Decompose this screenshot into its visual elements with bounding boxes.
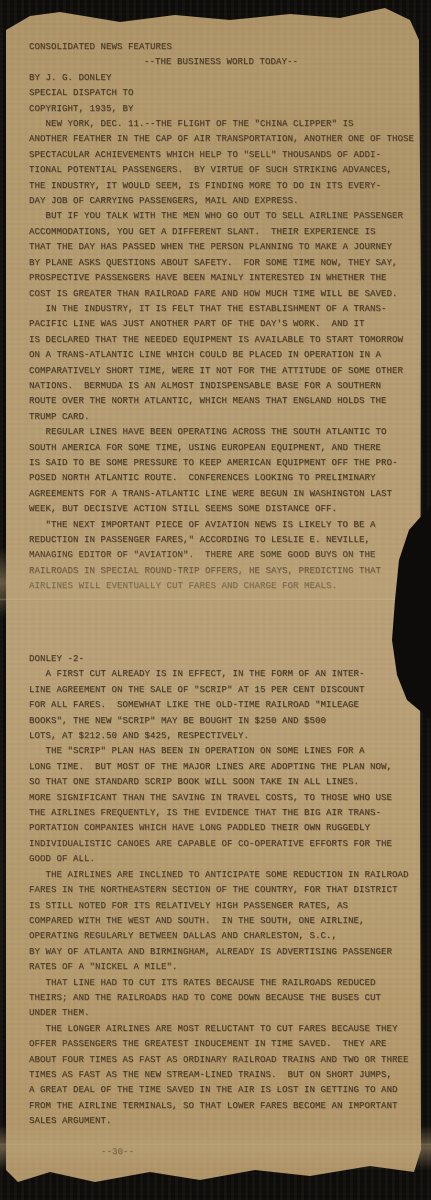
typewritten-line: PORTATION COMPANIES WHICH HAVE LONG PADD… bbox=[29, 821, 425, 836]
typewritten-line: COMPARED WITH THE WEST AND SOUTH. IN THE… bbox=[29, 914, 425, 929]
page2-slug: DONLEY -2- bbox=[29, 652, 425, 667]
typewritten-line: COMPARATIVELY SHORT TIME, WERE IT NOT FO… bbox=[29, 364, 425, 379]
typewritten-line: SPECTACULAR ACHIEVEMENTS WHICH HELP TO "… bbox=[29, 148, 425, 163]
page1-body: NEW YORK, DEC. 11.--THE FLIGHT OF THE "C… bbox=[29, 117, 425, 595]
end-mark: --30-- bbox=[29, 1130, 425, 1160]
typewritten-line: THAT LINE HAD TO CUT ITS RATES BECAUSE T… bbox=[29, 976, 425, 991]
typewritten-line: COST IS GREATER THAN RAILROAD FARE AND H… bbox=[29, 287, 425, 302]
typewritten-line: REDUCTION IN PASSENGER FARES," ACCORDING… bbox=[29, 533, 425, 548]
typewritten-line: FROM THE AIRLINE TERMINALS, SO THAT LOWE… bbox=[29, 1099, 425, 1114]
copyright-line: COPYRIGHT, 1935, BY bbox=[29, 102, 425, 117]
typewritten-line: MORE SIGNIFICANT THAN THE SAVING IN TRAV… bbox=[29, 791, 425, 806]
typewritten-line: GOOD OF ALL. bbox=[29, 852, 425, 867]
typewritten-line: WEEK, BUT DECISIVE ACTION STILL SEEMS SO… bbox=[29, 502, 425, 517]
typewritten-line: AIRLINES WILL EVENTUALLY CUT FARES AND C… bbox=[29, 579, 425, 594]
typewritten-line: LONG TIME. BUT MOST OF THE MAJOR LINES A… bbox=[29, 760, 425, 775]
typewritten-line: RATES OF A "NICKEL A MILE". bbox=[29, 960, 425, 975]
typewritten-line: BOOKS", THE NEW "SCRIP" MAY BE BOUGHT IN… bbox=[29, 714, 425, 729]
typewritten-line: THE AIRLINES ARE INCLINED TO ANTICIPATE … bbox=[29, 868, 425, 883]
typewritten-line: THE INDUSTRY, IT WOULD SEEM, IS FINDING … bbox=[29, 179, 425, 194]
typewritten-line: POSED NORTH ATLANTIC ROUTE. CONFERENCES … bbox=[29, 471, 425, 486]
typewritten-line: SO THAT ONE STANDARD SCRIP BOOK WILL SOO… bbox=[29, 775, 425, 790]
typewritten-line: IS DECLARED THAT THE NEEDED EQUIPMENT IS… bbox=[29, 333, 425, 348]
typewritten-line: LINE AGREEMENT ON THE SALE OF "SCRIP" AT… bbox=[29, 683, 425, 698]
typewritten-line: THAT THE DAY HAS PASSED WHEN THE PERSON … bbox=[29, 240, 425, 255]
column-title: --THE BUSINESS WORLD TODAY-- bbox=[29, 55, 425, 70]
typewritten-line: OPERATING REGULARLY BETWEEN DALLAS AND C… bbox=[29, 929, 425, 944]
dispatch-line: SPECIAL DISPATCH TO bbox=[29, 86, 425, 101]
typewritten-line: A GREAT DEAL OF THE TIME SAVED IN THE AI… bbox=[29, 1083, 425, 1098]
typewritten-line: AGREEMENTS FOR A TRANS-ATLANTIC LINE WER… bbox=[29, 487, 425, 502]
typewritten-line: THE AIRLINES FREQUENTLY, IS THE EVIDENCE… bbox=[29, 806, 425, 821]
typewritten-line: IS STILL NOTED FOR ITS RELATIVELY HIGH P… bbox=[29, 899, 425, 914]
typewritten-line: TIMES AS FAST AS THE NEW STREAM-LINED TR… bbox=[29, 1068, 425, 1083]
typewritten-line: TIONAL POTENTIAL PASSENGERS. BY VIRTUE O… bbox=[29, 163, 425, 178]
typewritten-line: FOR ALL FARES. SOMEWHAT LIKE THE OLD-TIM… bbox=[29, 698, 425, 713]
typewritten-line: IS SAID TO BE SOME PRESSURE TO KEEP AMER… bbox=[29, 456, 425, 471]
typewritten-line: UNDER THEM. bbox=[29, 1006, 425, 1021]
typewritten-line: NATIONS. BERMUDA IS AN ALMOST INDISPENSA… bbox=[29, 379, 425, 394]
typewritten-line: SALES ARGUMENT. bbox=[29, 1114, 425, 1129]
typewritten-line: MANAGING EDITOR OF "AVIATION". THERE ARE… bbox=[29, 548, 425, 563]
typewritten-line: DAY JOB OF CARRYING PASSENGERS, MAIL AND… bbox=[29, 194, 425, 209]
typewritten-line: RAILROADS IN SPECIAL ROUND-TRIP OFFERS, … bbox=[29, 564, 425, 579]
typewritten-line: SOUTH AMERICA FOR SOME TIME, USING EUROP… bbox=[29, 441, 425, 456]
typewritten-line: REGULAR LINES HAVE BEEN OPERATING ACROSS… bbox=[29, 425, 425, 440]
typewritten-line: OFFER PASSENGERS THE GREATEST INDUCEMENT… bbox=[29, 1037, 425, 1052]
typewritten-line: THE "SCRIP" PLAN HAS BEEN IN OPERATION O… bbox=[29, 744, 425, 759]
page1-text-block: CONSOLIDATED NEWS FEATURES --THE BUSINES… bbox=[29, 40, 425, 595]
typewritten-line: BY PLANE ASKS QUESTIONS ABOUT SAFETY. FO… bbox=[29, 256, 425, 271]
typewritten-line: ANOTHER FEATHER IN THE CAP OF AIR TRANSP… bbox=[29, 132, 425, 147]
typewritten-line: PACIFIC LINE WAS JUST ANOTHER PART OF TH… bbox=[29, 317, 425, 332]
typewritten-line: ON A TRANS-ATLANTIC LINE WHICH COULD BE … bbox=[29, 348, 425, 363]
page2-body: A FIRST CUT ALREADY IS IN EFFECT, IN THE… bbox=[29, 667, 425, 1129]
typewritten-line: BY WAY OF ATLANTA AND BIRMINGHAM, ALREAD… bbox=[29, 945, 425, 960]
page2-text-block: DONLEY -2- A FIRST CUT ALREADY IS IN EFF… bbox=[29, 652, 425, 1160]
typewritten-line: BUT IF YOU TALK WITH THE MEN WHO GO OUT … bbox=[29, 209, 425, 224]
typewritten-line: THE LONGER AIRLINES ARE MOST RELUCTANT T… bbox=[29, 1022, 425, 1037]
publisher-line: CONSOLIDATED NEWS FEATURES bbox=[29, 40, 425, 55]
typewritten-line: ROUTE OVER THE NORTH ATLANTIC, WHICH MEA… bbox=[29, 394, 425, 409]
typewritten-line: INDIVIDUALISTIC CANOES ARE CAPABLE OF CO… bbox=[29, 837, 425, 852]
typewritten-line: FARES IN THE NORTHEASTERN SECTION OF THE… bbox=[29, 883, 425, 898]
typewritten-line: IN THE INDUSTRY, IT IS FELT THAT THE EST… bbox=[29, 302, 425, 317]
typewritten-line: ACCOMMODATIONS, YOU GET A DIFFERENT SLAN… bbox=[29, 225, 425, 240]
typewritten-line: THEIRS; AND THE RAILROADS HAD TO COME DO… bbox=[29, 991, 425, 1006]
typewritten-line: A FIRST CUT ALREADY IS IN EFFECT, IN THE… bbox=[29, 667, 425, 682]
typewritten-line: NEW YORK, DEC. 11.--THE FLIGHT OF THE "C… bbox=[29, 117, 425, 132]
typewritten-line: TRUMP CARD. bbox=[29, 410, 425, 425]
typewritten-line: "THE NEXT IMPORTANT PIECE OF AVIATION NE… bbox=[29, 518, 425, 533]
typewritten-line: ABOUT FOUR TIMES AS FAST AS ORDINARY RAI… bbox=[29, 1053, 425, 1068]
typewritten-line: LOTS, AT $212.50 AND $425, RESPECTIVELY. bbox=[29, 729, 425, 744]
typewritten-line: PROSPECTIVE PASSENGERS HAVE BEEN MAINLY … bbox=[29, 271, 425, 286]
byline: BY J. G. DONLEY bbox=[29, 71, 425, 86]
